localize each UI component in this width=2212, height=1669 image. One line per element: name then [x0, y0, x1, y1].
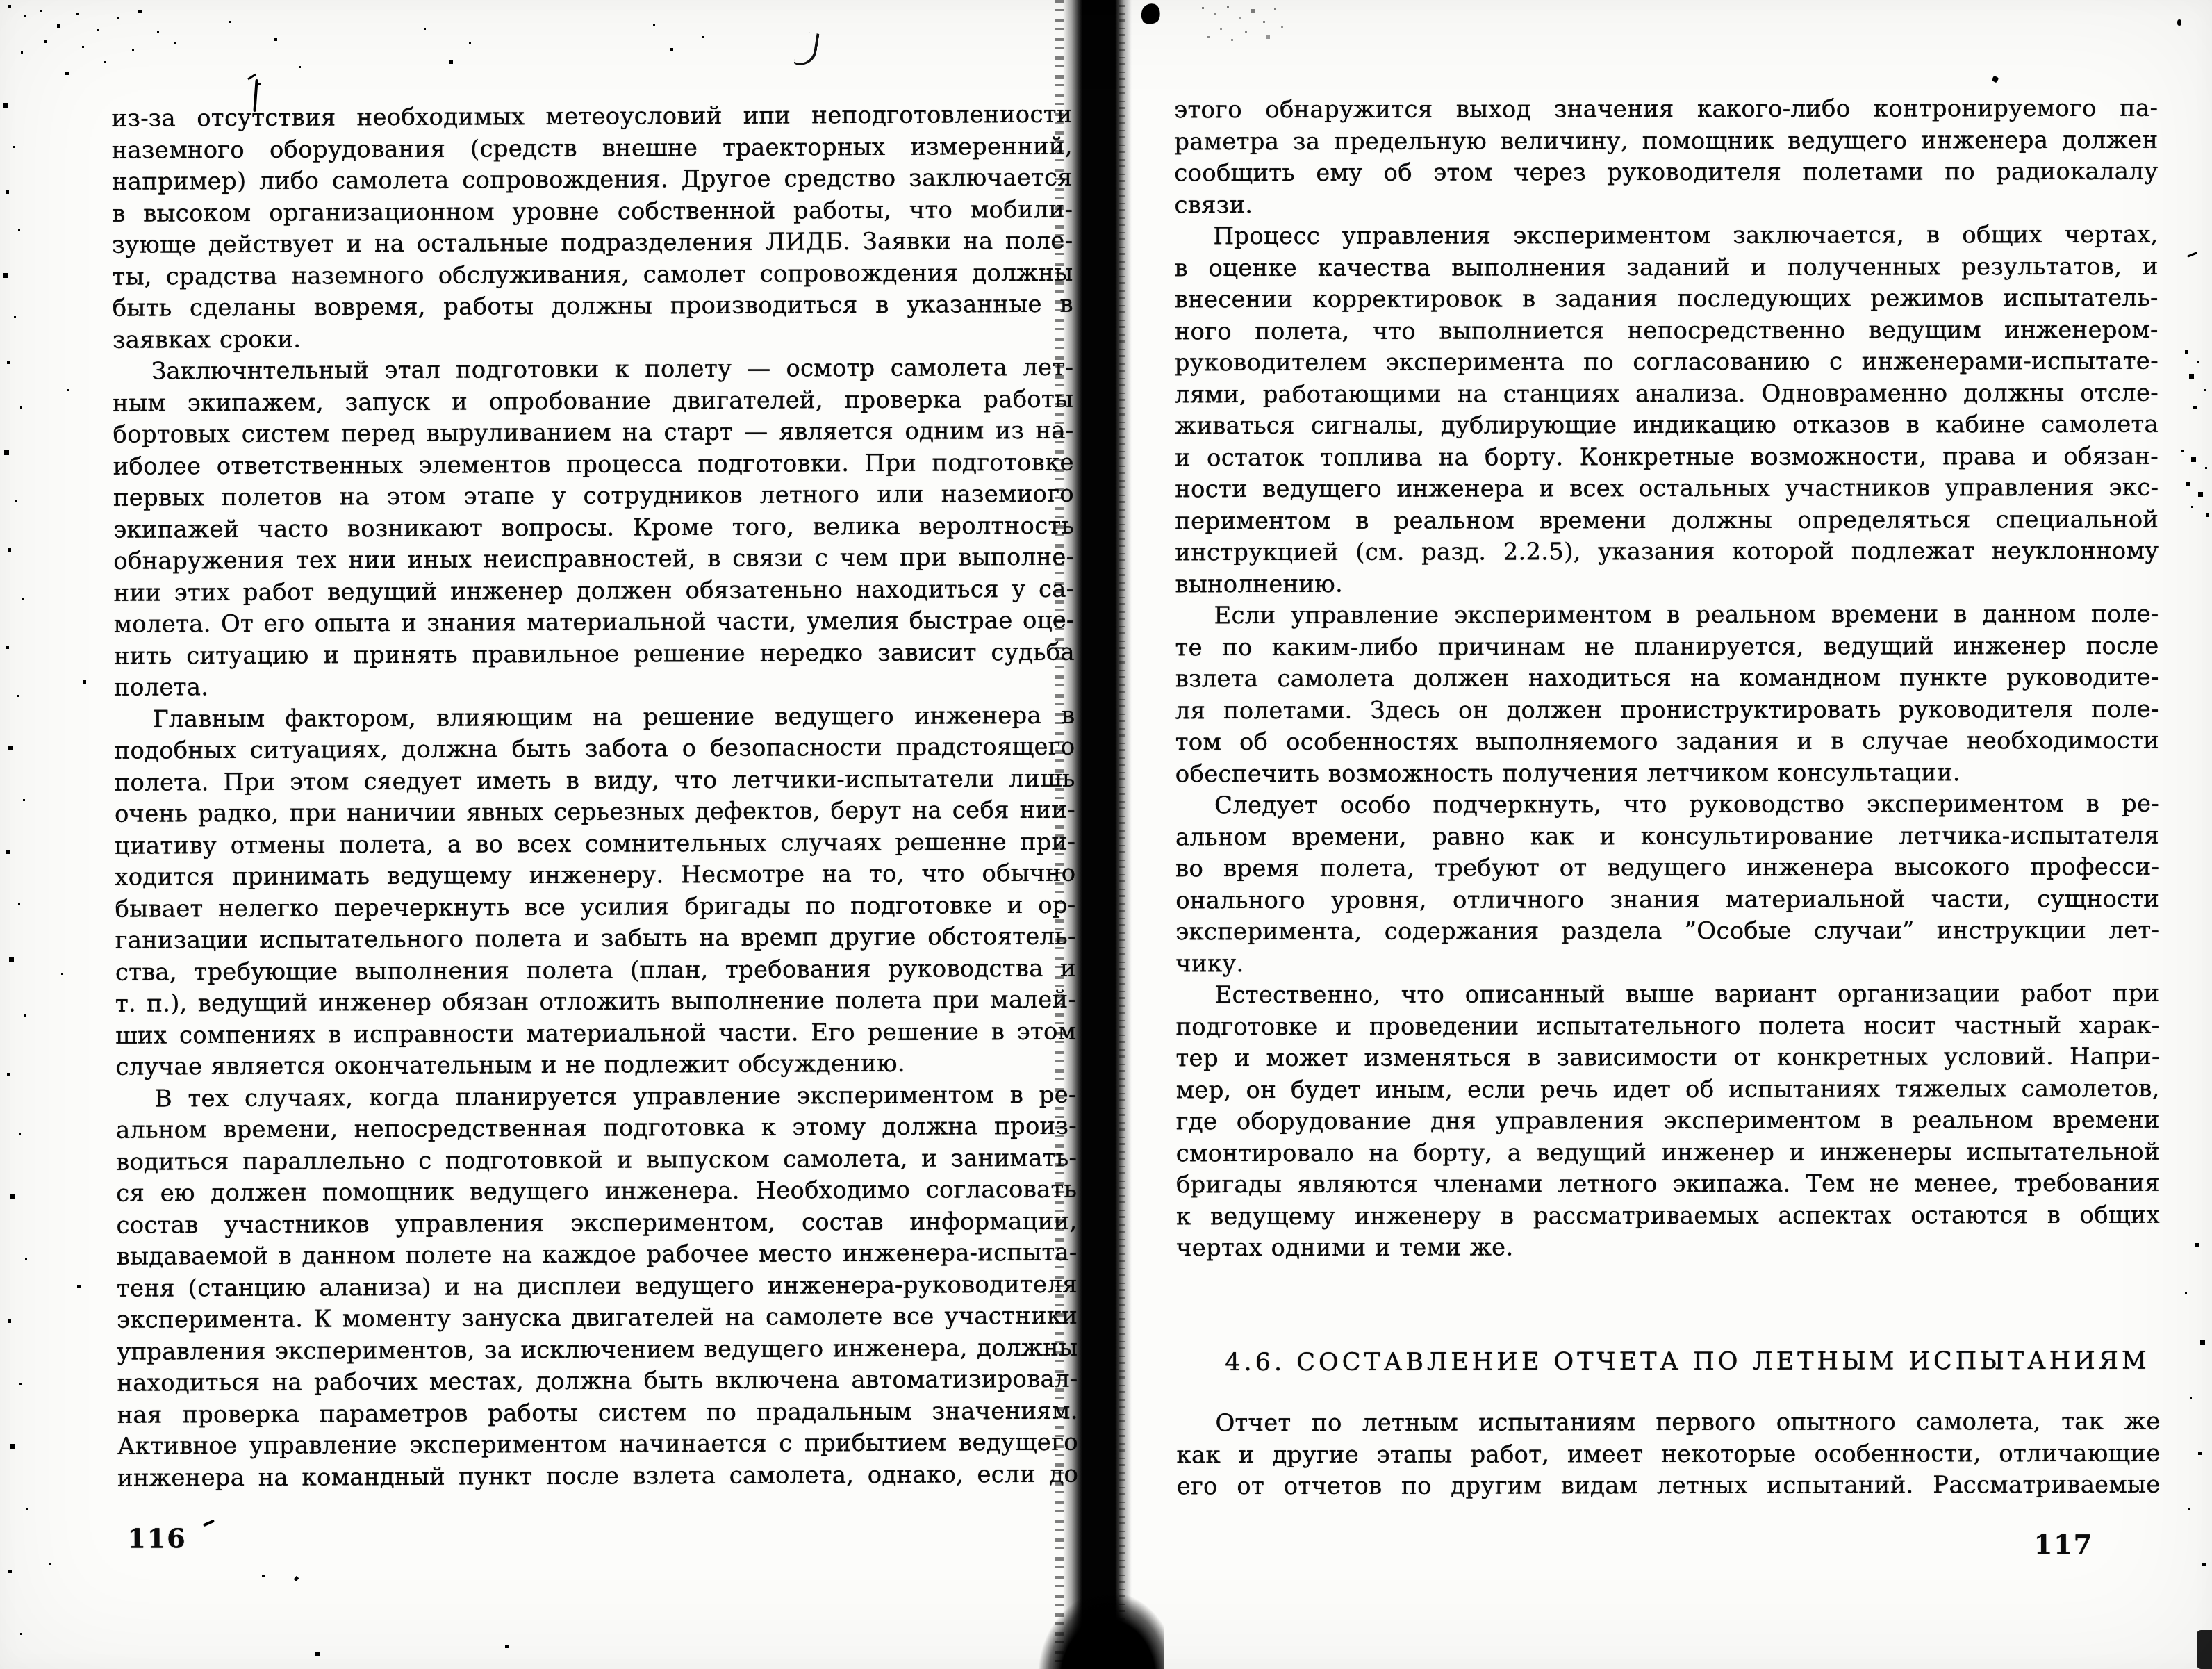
text-line: и остаток топлива на борту. Конкретные в…	[1175, 441, 2159, 474]
corner-shadow-mark	[2197, 1630, 2212, 1669]
paragraph: Если управление экспериментом в реальном…	[1175, 599, 2159, 790]
paragraph: Следует особо подчеркнуть, что руководст…	[1175, 789, 2159, 980]
text-line: том об особенностях выполняемого задания…	[1175, 725, 2159, 759]
text-line: те по каким-либо причинам не планируется…	[1175, 630, 2159, 664]
paragraph: Естественно, что описанный выше вариант …	[1175, 978, 2160, 1265]
gutter-bottom-flare	[1037, 1554, 1164, 1669]
dirt-speck	[315, 1652, 320, 1656]
text-line: его от отчетов по другим видам летных ис…	[1177, 1470, 2161, 1503]
text-line: бригады являются членами летного экипажа…	[1176, 1168, 2160, 1201]
page-right-text-column-lower: Отчет по летным испытаниям первого опытн…	[1176, 1406, 2160, 1503]
text-line: подготовке и проведении испытательного п…	[1175, 1010, 2159, 1043]
text-line: инструкцией (см. разд. 2.2.5), указания …	[1175, 536, 2159, 569]
text-line: сообщить ему об этом через руководителя …	[1174, 156, 2158, 190]
dirt-speck	[505, 1645, 509, 1648]
text-line: к ведущему инженеру в рассматриваемых ас…	[1176, 1199, 2160, 1233]
text-line: мер, он будет иным, если речь идет об ис…	[1176, 1073, 2160, 1106]
dirt-speck	[262, 1575, 265, 1577]
scanner-noise-left-edge	[0, 0, 2, 2]
text-line: эксперимента, содержания раздела ”Особые…	[1175, 915, 2159, 948]
page-number-right: 117	[2034, 1531, 2093, 1559]
text-line: Естественно, что описанный выше вариант …	[1175, 978, 2159, 1012]
page-right-text-column-upper: этого обнаружится выход значения какого-…	[1174, 93, 2160, 1265]
dirt-speck	[2177, 19, 2181, 26]
text-line: чику.	[1175, 946, 2159, 980]
section-heading: 4.6. СОСТАВЛЕНИЕ ОТЧЕТА ПО ЛЕТНЫМ ИСПЫТА…	[1225, 1345, 2160, 1379]
text-line: живаться сигналы, дублирующие индикацию …	[1175, 409, 2159, 443]
scanner-noise-right-edge	[2173, 0, 2175, 2]
gutter-ragged-edge-left	[1055, 0, 1064, 1669]
text-line: ного полета, что выполниется непосредств…	[1175, 314, 2159, 347]
pencil-smudge-top-right-page	[1199, 3, 1201, 5]
text-line: этого обнаружится выход значения какого-…	[1174, 93, 2158, 126]
book-spread: из-за отсутствия необходимых метеоуслови…	[0, 0, 2212, 1669]
text-line: связи.	[1174, 188, 2158, 221]
text-line: лями, работающими на станциях анализа. О…	[1175, 377, 2159, 411]
text-line: обеспечить возможность получения летчико…	[1175, 757, 2159, 790]
text-line: Следует особо подчеркнуть, что руководст…	[1175, 789, 2159, 822]
text-line: в оценке качества выполнения заданий и п…	[1175, 251, 2159, 284]
text-line: тер и может изменяться в зависимости от …	[1176, 1042, 2160, 1075]
text-line: взлета самолета должен находиться на ком…	[1175, 662, 2159, 696]
text-line: Процесс управления экспериментом заключа…	[1174, 220, 2158, 253]
text-line: периментом в реальном времени должны опр…	[1175, 504, 2159, 537]
paragraph: Процесс управления экспериментом заключа…	[1174, 220, 2159, 600]
text-line: ности ведущего инженера и всех остальных…	[1175, 472, 2159, 506]
text-line: Если управление экспериментом в реальном…	[1175, 599, 2159, 632]
text-line: альном времени, равно как и консультиров…	[1175, 820, 2159, 853]
text-line: раметра за предельную величину, помощник…	[1174, 124, 2158, 158]
text-line: вынолнению.	[1175, 567, 2159, 600]
text-line: во время полета, требуют от ведущего инж…	[1175, 852, 2159, 885]
text-line: где оборудование дня управления эксперим…	[1176, 1105, 2160, 1138]
text-line: чертах одними и теми же.	[1176, 1231, 2160, 1265]
text-line: онального уровня, отличного знания матер…	[1175, 883, 2159, 916]
book-gutter-shadow	[1082, 0, 1115, 1669]
text-line: внесении корректировок в задания последу…	[1175, 283, 2159, 316]
gutter-ragged-edge-right	[1119, 0, 1125, 1669]
text-line: Отчет по летным испытаниям первого опытн…	[1176, 1406, 2160, 1440]
text-line: ля полетами. Здесь он должен прониструкт…	[1175, 693, 2159, 727]
text-line: смонтировало на борту, а ведущий инженер…	[1176, 1136, 2160, 1169]
paragraph: Отчет по летным испытаниям первого опытн…	[1176, 1406, 2160, 1503]
text-line: руководителем эксперимента по согласован…	[1175, 346, 2159, 379]
paragraph: этого обнаружится выход значения какого-…	[1174, 93, 2158, 221]
text-line: как и другие этапы работ, имеет некоторы…	[1177, 1438, 2161, 1471]
